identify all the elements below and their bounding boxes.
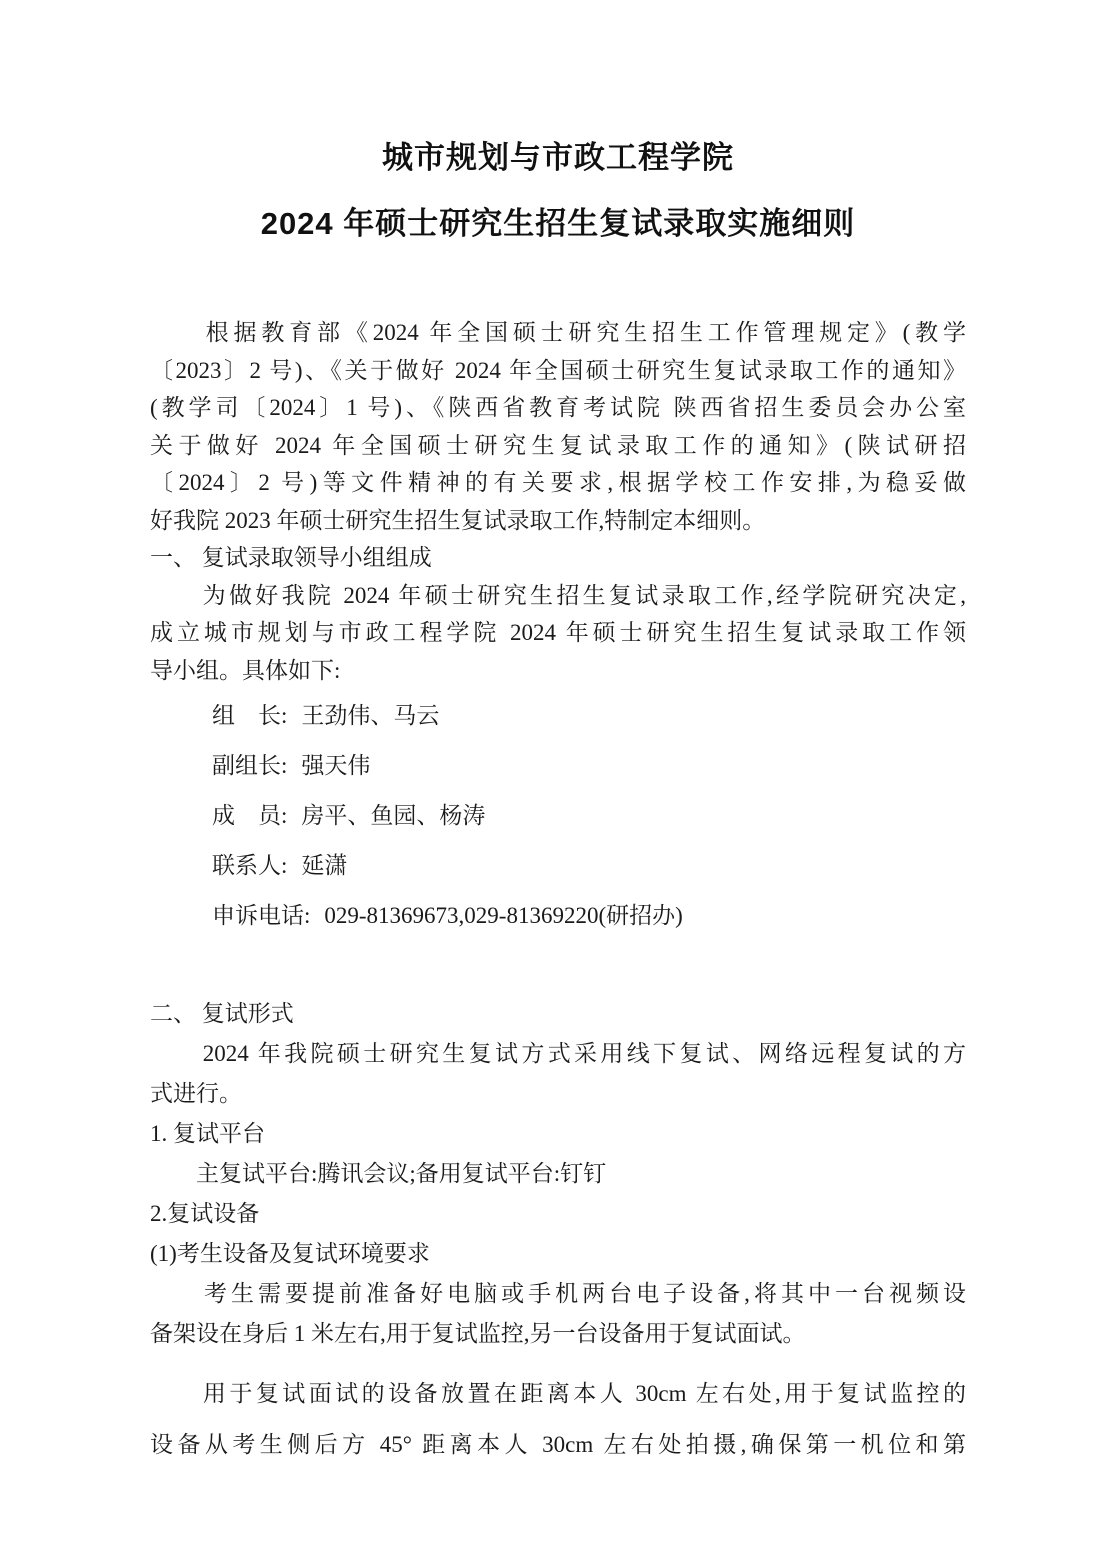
role-value: 房平、鱼园、杨涛 [301, 803, 485, 828]
text-line: 〔2024〕2 号)等文件精神的有关要求,根据学校工作安排,为稳妥做 [150, 464, 966, 502]
section-two: 二、 复试形式 2024 年我院硕士研究生复试方式采用线下复试、网络远程复试的方… [150, 994, 966, 1470]
intro-paragraph: 根据教育部《2024 年全国硕士研究生招生工作管理规定》(教学〔2023〕2 号… [150, 314, 966, 539]
role-value: 王劲伟、马云 [301, 703, 439, 728]
leadership-roles-list: 组 长:王劲伟、马云 副组长:强天伟 成 员:房平、鱼园、杨涛 联系人:延潇 申… [150, 691, 966, 941]
section-one-heading: 一、 复试录取领导小组组成 [150, 539, 966, 577]
role-value: 029-81369673,029-81369220(研招办) [324, 903, 682, 928]
camera-position-paragraph: 用于复试面试的设备放置在距离本人 30cm 左右处,用于复试监控的设备从考生侧后… [150, 1368, 966, 1470]
text-line: 用于复试面试的设备放置在距离本人 30cm 左右处,用于复试监控的 [150, 1368, 966, 1419]
role-label: 申诉电话: [212, 903, 310, 928]
role-row-members: 成 员:房平、鱼园、杨涛 [212, 791, 966, 841]
role-row-contact: 联系人:延潇 [212, 841, 966, 891]
document-content: 城市规划与市政工程学院 2024 年硕士研究生招生复试录取实施细则 根据教育部《… [0, 0, 1102, 1470]
role-label: 副组长: [212, 753, 287, 778]
role-value: 强天伟 [301, 753, 370, 778]
text-line: 设备从考生侧后方 45° 距离本人 30cm 左右处拍摄,确保第一机位和第 [150, 1419, 966, 1470]
text-line: 导小组。具体如下: [150, 652, 966, 690]
section-one-paragraph: 为做好我院 2024 年硕士研究生招生复试录取工作,经学院研究决定,成立城市规划… [150, 577, 966, 690]
role-row-appeal-phone: 申诉电话:029-81369673,029-81369220(研招办) [212, 891, 966, 941]
text-line: 好我院 2023 年硕士研究生招生复试录取工作,特制定本细则。 [150, 502, 966, 540]
sub-heading-device-requirements: (1)考生设备及复试环境要求 [150, 1234, 966, 1274]
text-line: 〔2023〕2 号)、《关于做好 2024 年全国硕士研究生复试录取工作的通知》 [150, 352, 966, 390]
document-title-line1: 城市规划与市政工程学院 [150, 138, 966, 178]
text-line: 根据教育部《2024 年全国硕士研究生招生工作管理规定》(教学 [150, 314, 966, 352]
role-row-leader: 组 长:王劲伟、马云 [212, 691, 966, 741]
platform-line: 主复试平台:腾讯会议;备用复试平台:钉钉 [150, 1154, 966, 1194]
text-line: 2024 年我院硕士研究生复试方式采用线下复试、网络远程复试的方 [150, 1034, 966, 1074]
text-line: 备架设在身后 1 米左右,用于复试监控,另一台设备用于复试面试。 [150, 1314, 966, 1354]
role-value: 延潇 [301, 853, 347, 878]
section-two-heading: 二、 复试形式 [150, 994, 966, 1034]
device-paragraph: 考生需要提前准备好电脑或手机两台电子设备,将其中一台视频设备架设在身后 1 米左… [150, 1274, 966, 1354]
document-page: 城市规划与市政工程学院 2024 年硕士研究生招生复试录取实施细则 根据教育部《… [0, 0, 1102, 1559]
text-line: 考生需要提前准备好电脑或手机两台电子设备,将其中一台视频设 [150, 1274, 966, 1314]
role-label: 成 员: [212, 803, 287, 828]
document-title-line2: 2024 年硕士研究生招生复试录取实施细则 [150, 204, 966, 244]
text-line: 式进行。 [150, 1074, 966, 1114]
role-label: 组 长: [212, 703, 287, 728]
text-line: 成立城市规划与市政工程学院 2024 年硕士研究生招生复试录取工作领 [150, 614, 966, 652]
role-label: 联系人: [212, 853, 287, 878]
text-line: 关于做好 2024 年全国硕士研究生复试录取工作的通知》(陕试研招 [150, 427, 966, 465]
text-line: (教学司〔2024〕1 号)、《陕西省教育考试院 陕西省招生委员会办公室 [150, 389, 966, 427]
item1-heading: 1. 复试平台 [150, 1114, 966, 1154]
text-line: 为做好我院 2024 年硕士研究生招生复试录取工作,经学院研究决定, [150, 577, 966, 615]
item2-heading: 2.复试设备 [150, 1194, 966, 1234]
section-two-paragraph: 2024 年我院硕士研究生复试方式采用线下复试、网络远程复试的方式进行。 [150, 1034, 966, 1114]
role-row-deputy-leader: 副组长:强天伟 [212, 741, 966, 791]
